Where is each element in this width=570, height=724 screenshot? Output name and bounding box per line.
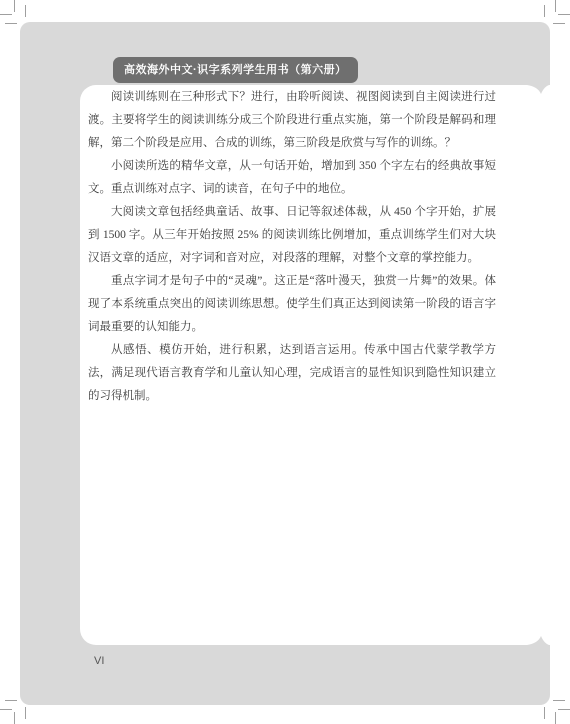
series-badge: 高效海外中文·识字系列学生用书（第六册）: [113, 57, 358, 83]
body-text: 阅读训练则在三种形式下？进行，由聆听阅读、视图阅读到自主阅读进行过渡。主要将学生…: [88, 86, 496, 408]
crop-mark: [5, 700, 17, 701]
crop-mark: [555, 712, 556, 724]
crop-mark: [0, 14, 12, 15]
crop-mark: [544, 707, 545, 719]
book-page: 高效海外中文·识字系列学生用书（第六册） 阅读训练则在三种形式下？进行，由聆听阅…: [0, 0, 570, 724]
corner-curl-top-icon: [527, 85, 549, 94]
crop-mark: [553, 23, 565, 24]
body-paragraph: 大阅读文章包括经典童话、故事、日记等叙述体裁，从 450 个字开始，扩展到 15…: [88, 201, 496, 270]
crop-mark: [544, 5, 545, 17]
crop-mark: [25, 5, 26, 17]
crop-mark: [555, 0, 556, 12]
crop-mark: [14, 712, 15, 724]
crop-mark: [14, 0, 15, 12]
crop-mark: [5, 23, 17, 24]
crop-mark: [558, 709, 570, 710]
page-number: VI: [94, 655, 104, 667]
crop-mark: [553, 700, 565, 701]
body-paragraph: 小阅读所选的精华文章，从一句话开始，增加到 350 个字左右的经典故事短文。重点…: [88, 155, 496, 201]
body-paragraph: 阅读训练则在三种形式下？进行，由聆听阅读、视图阅读到自主阅读进行过渡。主要将学生…: [88, 86, 496, 155]
crop-mark: [558, 14, 570, 15]
crop-mark: [0, 709, 12, 710]
series-badge-label: 高效海外中文·识字系列学生用书（第六册）: [124, 64, 347, 76]
corner-curl-bottom-icon: [527, 636, 549, 645]
body-paragraph: 重点字词才是句子中的“灵魂”。这正是“落叶漫天，独赏一片舞”的效果。体现了本系统…: [88, 270, 496, 339]
body-paragraph: 从感悟、模仿开始，进行积累，达到语言运用。传承中国古代蒙学教学方法，满足现代语言…: [88, 339, 496, 408]
crop-mark: [25, 707, 26, 719]
